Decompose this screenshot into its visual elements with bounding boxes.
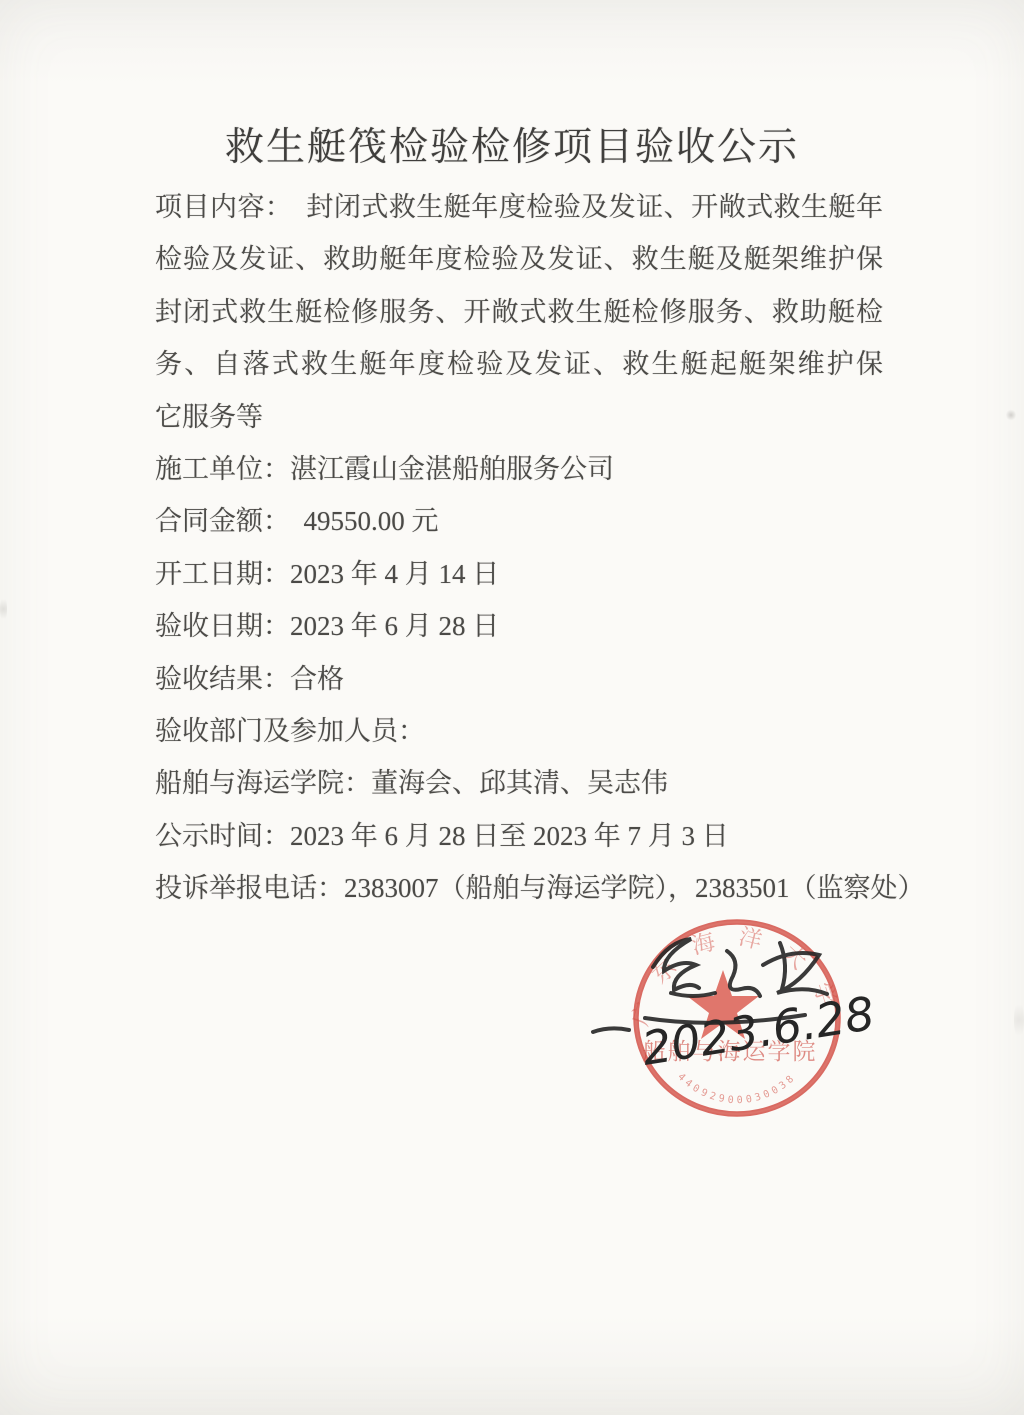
handwritten-signature: 2023.6.28 (575, 915, 905, 1100)
body-line: 它服务等 (155, 391, 883, 443)
body-line: 检验及发证、救助艇年度检验及发证、救生艇及艇架维护保养、 (155, 233, 883, 285)
body-line-start-date: 开工日期：2023 年 4 月 14 日 (155, 548, 883, 600)
body-line-participants: 船舶与海运学院：董海会、邱其清、吴志伟 (155, 757, 883, 809)
body-line-participants-label: 验收部门及参加人员： (155, 705, 883, 757)
body-line-acceptance-result: 验收结果：合格 (155, 653, 883, 705)
body-line-acceptance-date: 验收日期：2023 年 6 月 28 日 (155, 600, 883, 652)
handwritten-date: 2023.6.28 (638, 986, 878, 1076)
body-line: 务、自落式救生艇年度检验及发证、救生艇起艇架维护保养、其 (155, 338, 883, 390)
body-line-contractor: 施工单位：湛江霞山金湛船舶服务公司 (155, 443, 883, 495)
body-line-contract-amount: 合同金额： 49550.00 元 (155, 495, 883, 547)
body-line: 项目内容： 封闭式救生艇年度检验及发证、开敞式救生艇年度 (155, 181, 883, 233)
page-title: 救生艇筏检验检修项目验收公示 (0, 116, 1024, 172)
scan-artifact (0, 596, 7, 622)
scan-artifact (1006, 409, 1016, 421)
scanned-notice-page: 救生艇筏检验检修项目验收公示 项目内容： 封闭式救生艇年度检验及发证、开敞式救生… (0, 0, 1024, 1415)
scan-artifact (1014, 1000, 1024, 1040)
notice-body: 项目内容： 封闭式救生艇年度检验及发证、开敞式救生艇年度 检验及发证、救助艇年度… (155, 181, 883, 914)
body-line-publicity-period: 公示时间：2023 年 6 月 28 日至 2023 年 7 月 3 日 (155, 810, 883, 862)
body-line: 封闭式救生艇检修服务、开敞式救生艇检修服务、救助艇检修服 (155, 286, 883, 338)
